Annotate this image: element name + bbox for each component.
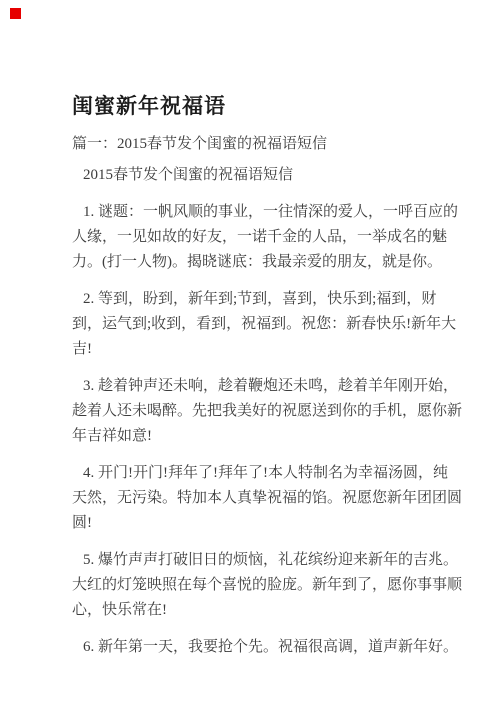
red-corner-marker — [10, 8, 21, 19]
paragraph-2: 2. 等到，盼到，新年到;节到，喜到，快乐到;福到，财到，运气到;收到，看到，祝… — [72, 287, 462, 362]
section-subheading: 2015春节发个闺蜜的祝福语短信 — [72, 163, 462, 188]
section-subtitle: 篇一：2015春节发个闺蜜的祝福语短信 — [72, 132, 462, 157]
paragraph-3: 3. 趁着钟声还未响，趁着鞭炮还未鸣，趁着羊年刚开始，趁着人还未喝醉。先把我美好… — [72, 374, 462, 449]
page-title: 闺蜜新年祝福语 — [72, 93, 462, 120]
document-content: 闺蜜新年祝福语 篇一：2015春节发个闺蜜的祝福语短信 2015春节发个闺蜜的祝… — [72, 93, 462, 660]
paragraph-4: 4. 开门!开门!拜年了!拜年了!本人特制名为幸福汤圆，纯天然，无污染。特加本人… — [72, 461, 462, 536]
paragraph-1: 1. 谜题：一帆风顺的事业，一往情深的爱人，一呼百应的人缘，一见如故的好友，一诺… — [72, 200, 462, 275]
document-page: 闺蜜新年祝福语 篇一：2015春节发个闺蜜的祝福语短信 2015春节发个闺蜜的祝… — [0, 0, 500, 707]
paragraph-5: 5. 爆竹声声打破旧日的烦恼，礼花缤纷迎来新年的吉兆。大红的灯笼映照在每个喜悦的… — [72, 548, 462, 623]
paragraph-6: 6. 新年第一天，我要抢个先。祝福很高调，道声新年好。 — [72, 635, 462, 660]
